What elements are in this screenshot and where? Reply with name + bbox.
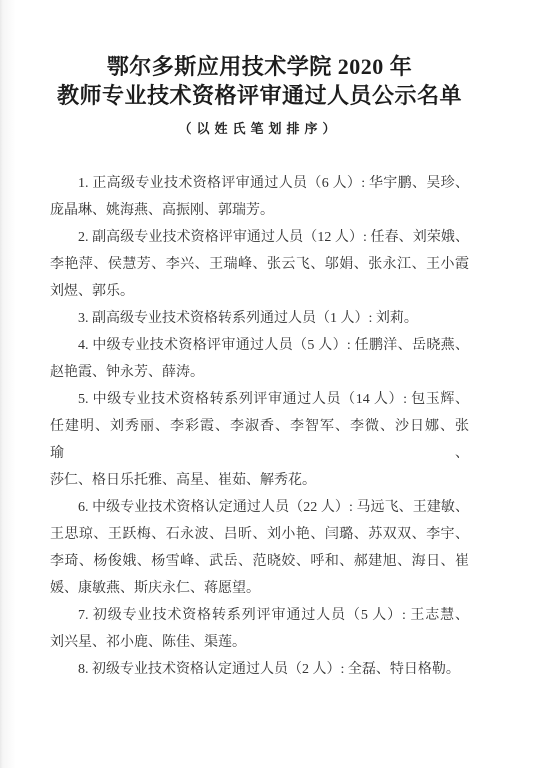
- text-line: 李艳萍、侯慧芳、李兴、王瑞峰、张云飞、邬娟、张永江、王小霞: [50, 251, 469, 278]
- text-line: 庞晶琳、姚海燕、高振刚、郭瑞芳。: [50, 197, 469, 224]
- text-line: 媛、康敏燕、斯庆永仁、蒋愿望。: [50, 575, 469, 602]
- paragraph: 4. 中级专业技术资格评审通过人员（5 人）: 任鹏洋、岳晓燕、赵艳霞、钟永芳、…: [50, 332, 469, 386]
- text-line: 莎仁、格日乐托雅、高星、崔茹、解秀花。: [50, 467, 469, 494]
- paragraph: 8. 初级专业技术资格认定通过人员（2 人）: 全磊、特日格勒。: [50, 656, 469, 683]
- text-line: 刘兴星、祁小鹿、陈佳、渠莲。: [50, 629, 469, 656]
- text-line: 6. 中级专业技术资格认定通过人员（22 人）: 马远飞、王建敏、: [50, 494, 469, 521]
- paragraph: 3. 副高级专业技术资格转系列通过人员（1 人）: 刘莉。: [50, 305, 469, 332]
- text-line: 5. 中级专业技术资格转系列评审通过人员（14 人）: 包玉辉、: [50, 386, 469, 413]
- text-line: 1. 正高级专业技术资格评审通过人员（6 人）: 华宇鹏、吴珍、: [50, 170, 469, 197]
- paragraph: 1. 正高级专业技术资格评审通过人员（6 人）: 华宇鹏、吴珍、庞晶琳、姚海燕、…: [50, 170, 469, 224]
- document-subtitle: （以姓氏笔划排序）: [50, 118, 469, 137]
- text-line: 3. 副高级专业技术资格转系列通过人员（1 人）: 刘莉。: [50, 305, 469, 332]
- paragraph: 2. 副高级专业技术资格评审通过人员（12 人）: 任春、刘荣娥、李艳萍、侯慧芳…: [50, 224, 469, 305]
- document-body: 1. 正高级专业技术资格评审通过人员（6 人）: 华宇鹏、吴珍、庞晶琳、姚海燕、…: [50, 170, 469, 683]
- text-line: 李琦、杨俊娥、杨雪峰、武岳、范晓姣、呼和、郝建旭、海日、崔: [50, 548, 469, 575]
- text-line: 王思琼、王跃梅、石永波、吕昕、刘小艳、闫璐、苏双双、李宇、: [50, 521, 469, 548]
- text-line: 任建明、刘秀丽、李彩霞、李淑香、李智军、李微、沙日娜、张瑜、: [50, 413, 469, 467]
- paragraph: 7. 初级专业技术资格转系列评审通过人员（5 人）: 王志慧、刘兴星、祁小鹿、陈…: [50, 602, 469, 656]
- scanned-document-page: 鄂尔多斯应用技术学院 2020 年 教师专业技术资格评审通过人员公示名单 （以姓…: [0, 0, 543, 768]
- document-title: 鄂尔多斯应用技术学院 2020 年 教师专业技术资格评审通过人员公示名单: [50, 52, 469, 110]
- text-line: 4. 中级专业技术资格评审通过人员（5 人）: 任鹏洋、岳晓燕、: [50, 332, 469, 359]
- paragraph: 6. 中级专业技术资格认定通过人员（22 人）: 马远飞、王建敏、王思琼、王跃梅…: [50, 494, 469, 602]
- text-line: 7. 初级专业技术资格转系列评审通过人员（5 人）: 王志慧、: [50, 602, 469, 629]
- paragraph: 5. 中级专业技术资格转系列评审通过人员（14 人）: 包玉辉、任建明、刘秀丽、…: [50, 386, 469, 494]
- document-title-line-1: 鄂尔多斯应用技术学院 2020 年: [50, 52, 469, 81]
- text-line: 8. 初级专业技术资格认定通过人员（2 人）: 全磊、特日格勒。: [50, 656, 469, 683]
- text-line: 2. 副高级专业技术资格评审通过人员（12 人）: 任春、刘荣娥、: [50, 224, 469, 251]
- text-line: 赵艳霞、钟永芳、薛涛。: [50, 359, 469, 386]
- document-title-line-2: 教师专业技术资格评审通过人员公示名单: [50, 81, 469, 110]
- document-content: 鄂尔多斯应用技术学院 2020 年 教师专业技术资格评审通过人员公示名单 （以姓…: [0, 0, 543, 683]
- text-line: 刘煜、郭乐。: [50, 278, 469, 305]
